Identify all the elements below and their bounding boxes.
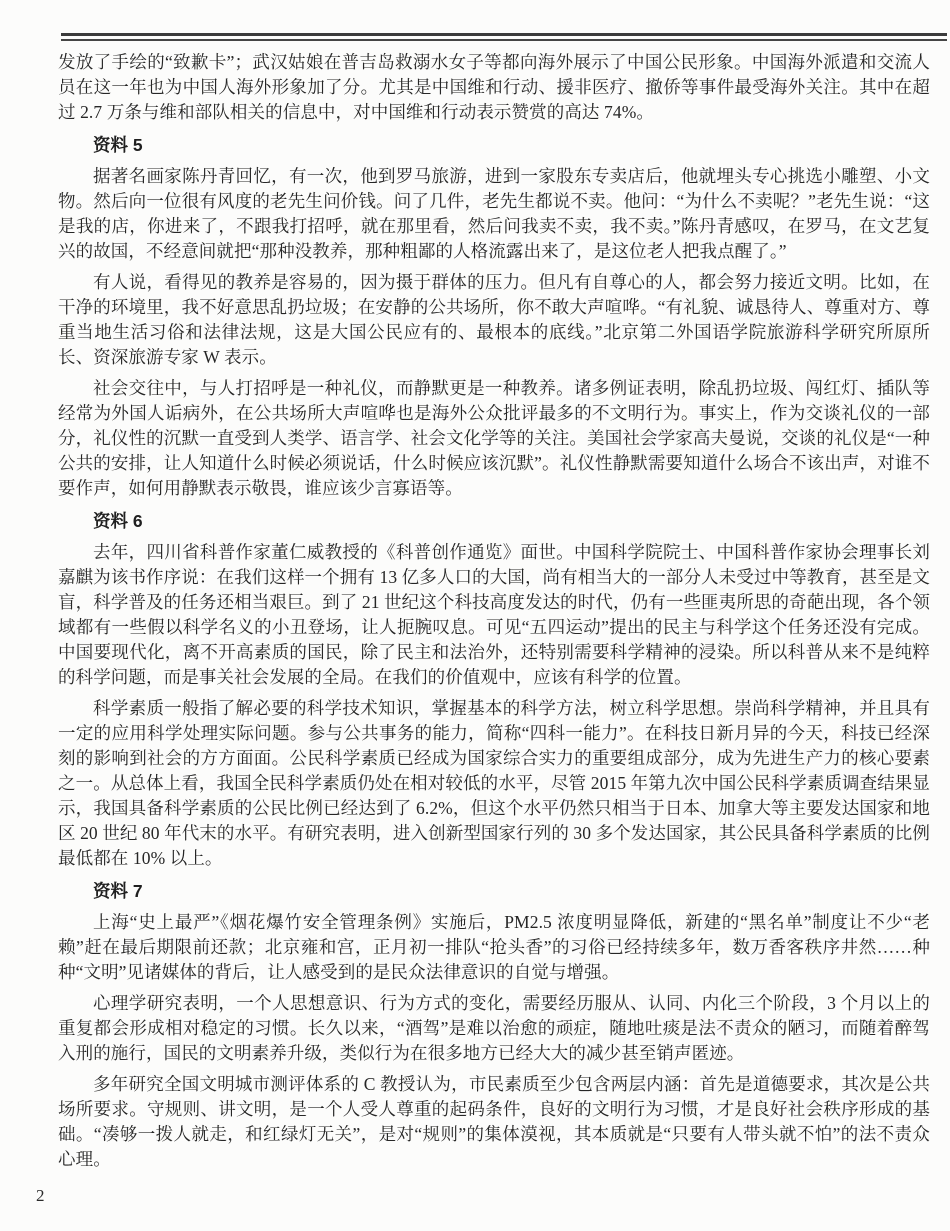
body-paragraph: 有人说，看得见的教养是容易的，因为摄于群体的压力。但凡有自尊心的人，都会努力接近… bbox=[58, 270, 930, 370]
page-number: 2 bbox=[36, 1186, 45, 1206]
header-double-rule bbox=[61, 33, 947, 41]
body-paragraph: 据著名画家陈丹青回忆，有一次，他到罗马旅游，进到一家股东专卖店后，他就埋头专心挑… bbox=[58, 164, 930, 264]
scanned-document-page: 发放了手绘的“致歉卡”；武汉姑娘在普吉岛救溺水女子等都向海外展示了中国公民形象。… bbox=[0, 0, 950, 1231]
body-paragraph: 科学素质一般指了解必要的科学技术知识，掌握基本的科学方法，树立科学思想。崇尚科学… bbox=[58, 696, 930, 871]
section-heading: 资料 7 bbox=[58, 879, 930, 904]
body-paragraph: 上海“史上最严”《烟花爆竹安全管理条例》实施后，PM2.5 浓度明显降低，新建的… bbox=[58, 910, 930, 985]
body-paragraph: 心理学研究表明，一个人思想意识、行为方式的变化，需要经历服从、认同、内化三个阶段… bbox=[58, 991, 930, 1066]
section-heading: 资料 6 bbox=[58, 509, 930, 534]
body-paragraph: 社会交往中，与人打招呼是一种礼仪，而静默更是一种教养。诸多例证表明，除乱扔垃圾、… bbox=[58, 376, 930, 501]
body-paragraph: 多年研究全国文明城市测评体系的 C 教授认为，市民素质至少包含两层内涵：首先是道… bbox=[58, 1072, 930, 1172]
section-heading: 资料 5 bbox=[58, 133, 930, 158]
body-paragraph: 发放了手绘的“致歉卡”；武汉姑娘在普吉岛救溺水女子等都向海外展示了中国公民形象。… bbox=[58, 50, 930, 125]
body-paragraph: 去年，四川省科普作家董仁威教授的《科普创作通览》面世。中国科学院院士、中国科普作… bbox=[58, 540, 930, 690]
document-body: 发放了手绘的“致歉卡”；武汉姑娘在普吉岛救溺水女子等都向海外展示了中国公民形象。… bbox=[58, 50, 930, 1172]
